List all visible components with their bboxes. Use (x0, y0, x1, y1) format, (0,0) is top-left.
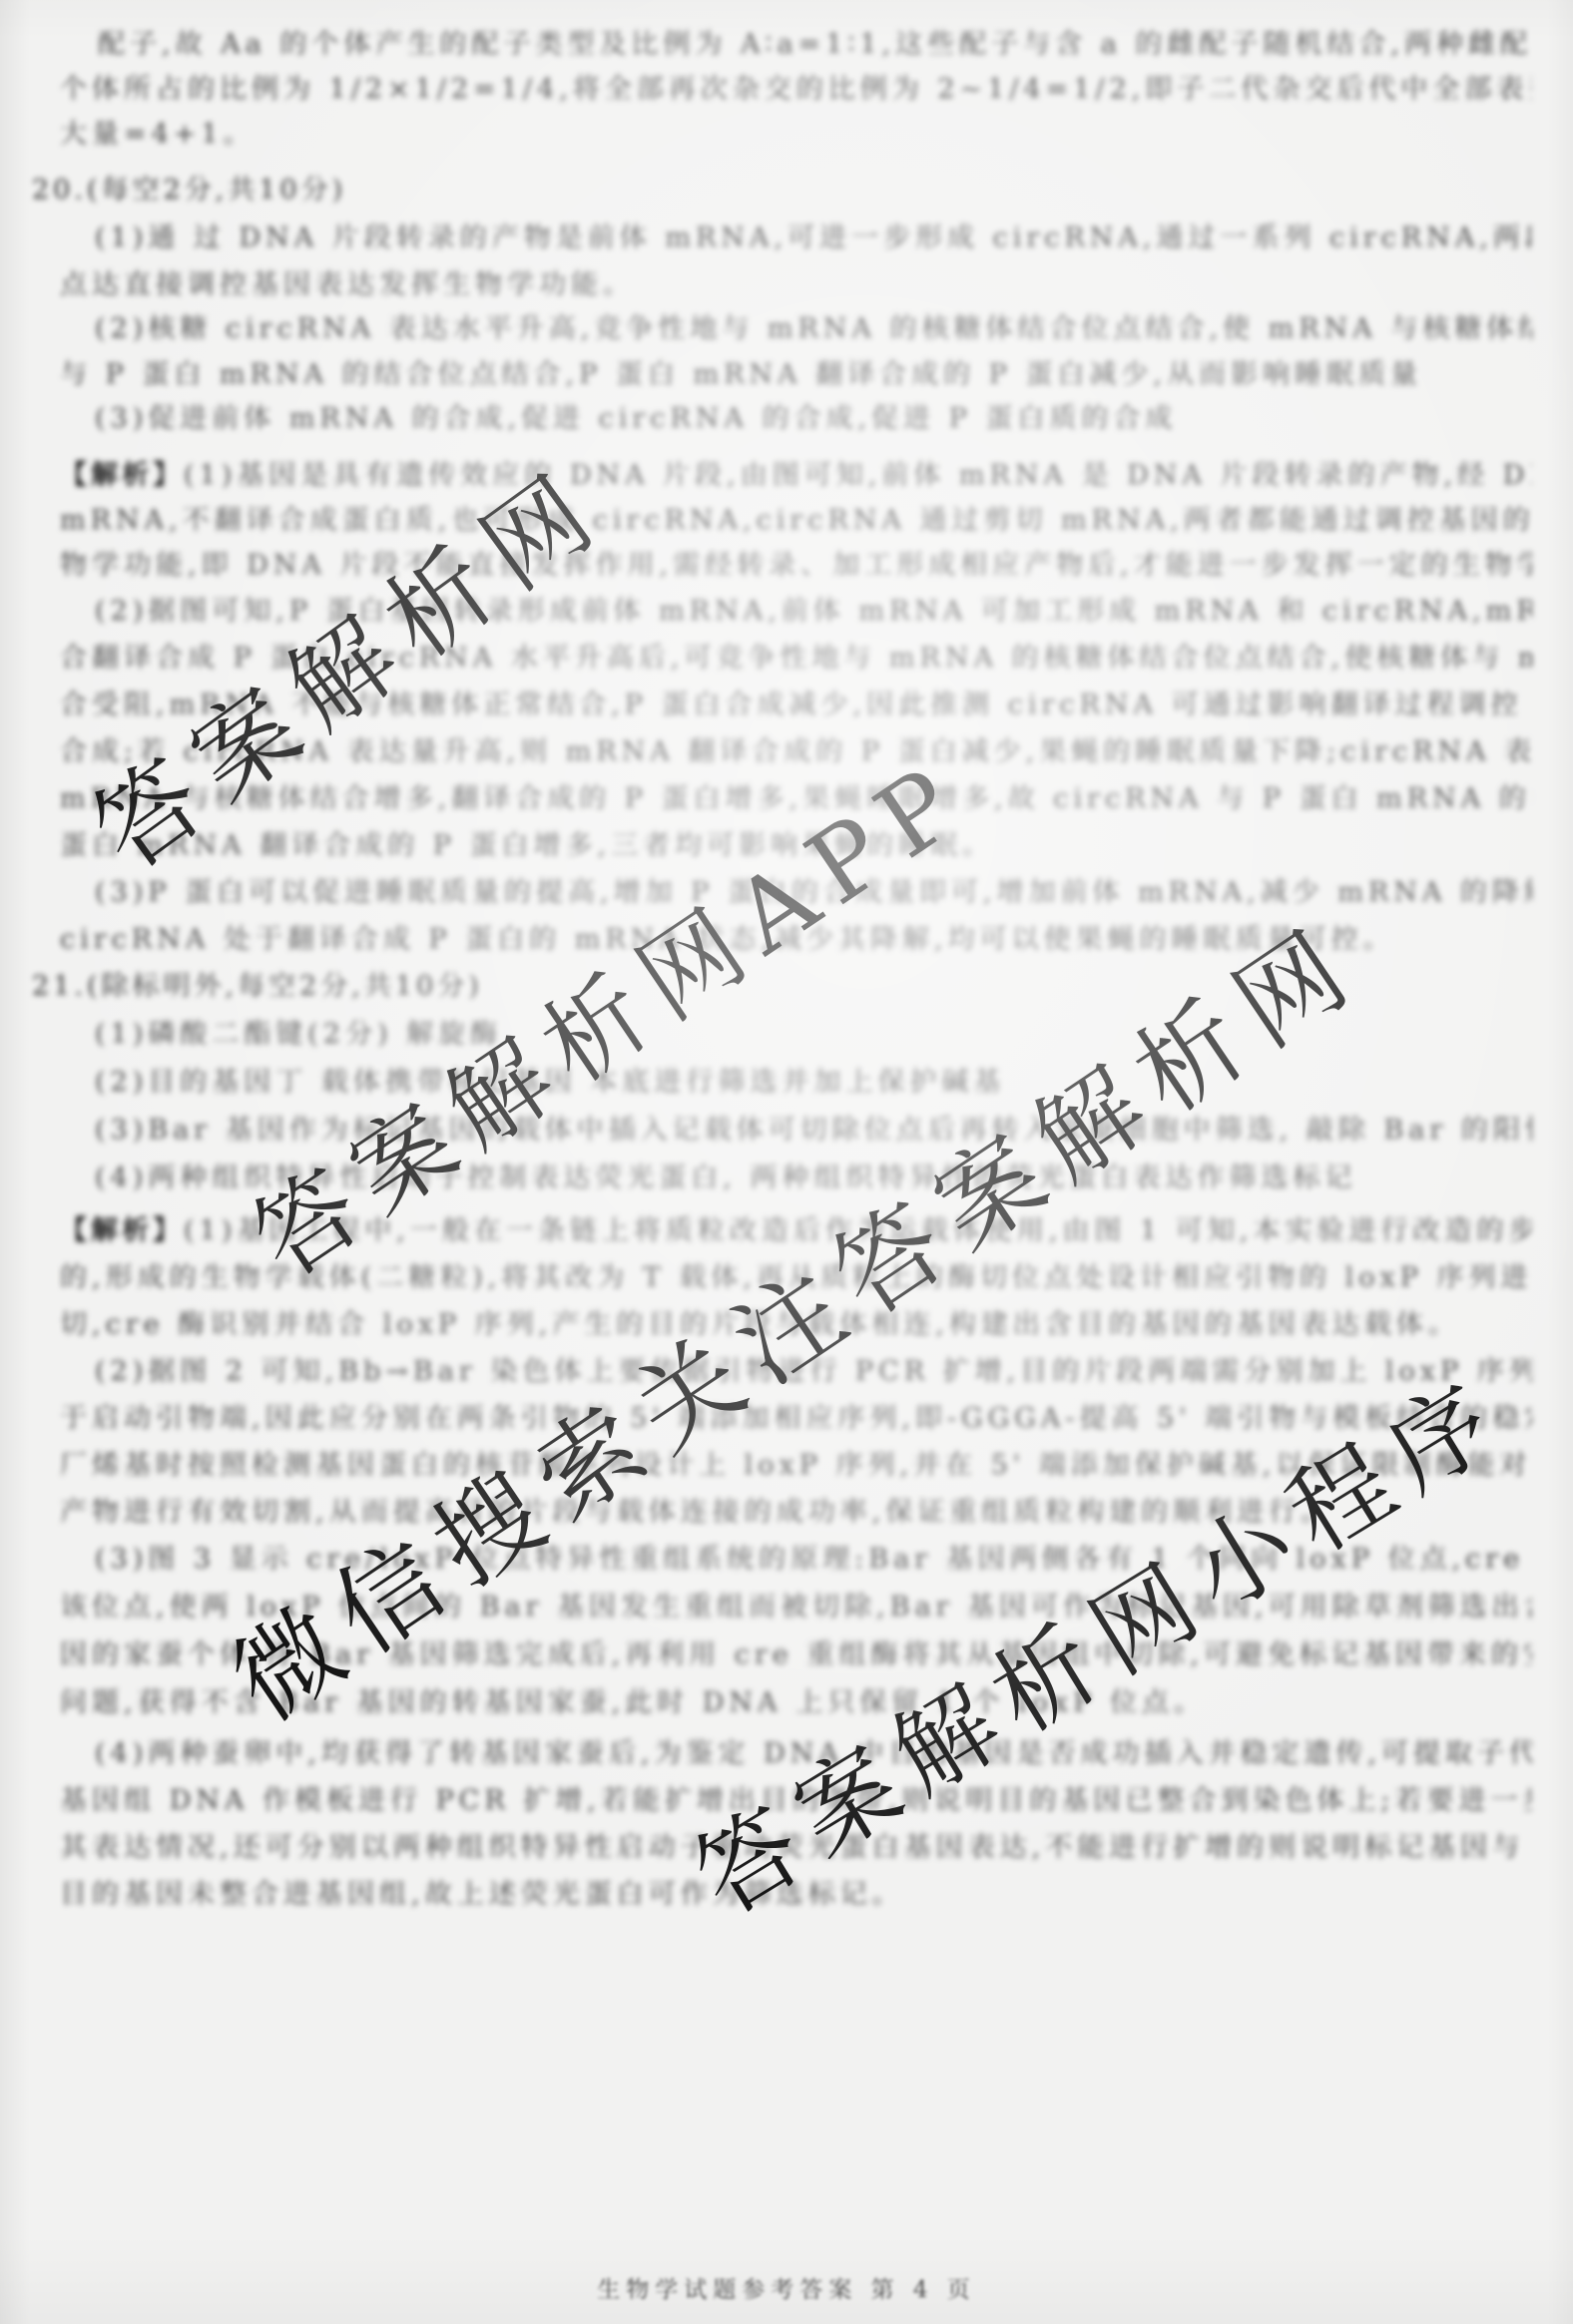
page-footer: 生物学试题参考答案 第 4 页 (597, 2271, 976, 2304)
q20-answer-3: (3)促进前体 mRNA 的合成,促进 circRNA 的合成,促进 P 蛋白质… (60, 396, 1532, 442)
text-line: 配子,故 Aa 的个体产生的配子类型及比例为 A∶a=1∶1,这些配子与含 a … (60, 22, 1532, 67)
q20-answer-2: (2)核糖 circRNA 表达水平升高,竞争性地与 mRNA 的核糖体结合位点… (60, 306, 1532, 398)
text-line: 物学功能,即 DNA 片段不能直接发挥作用,需经转录、加工形成相应产物后,才能进… (60, 543, 1532, 588)
document-body: 配子,故 Aa 的个体产生的配子类型及比例为 A∶a=1∶1,这些配子与含 a … (0, 0, 1573, 2324)
analysis-marker: 【解析】 (60, 1215, 184, 1246)
text-line: 与 P 蛋白 mRNA 的结合位点结合,P 蛋白 mRNA 翻译合成的 P 蛋白… (60, 352, 1532, 398)
text-line: (1)通 过 DNA 片段转录的产物是前体 mRNA,可进一步形成 circRN… (60, 215, 1532, 261)
text-line: 点达直接调控基因表达发挥生物学功能。 (60, 261, 1532, 308)
intro-continuation: 配子,故 Aa 的个体产生的配子类型及比例为 A∶a=1∶1,这些配子与含 a … (60, 22, 1532, 157)
q20-analysis-1: 【解析】(1)基因是具有遗传效应的 DNA 片段,由图可知,前体 mRNA 是 … (60, 453, 1532, 588)
text-line: 20.(每空2分,共10分) (32, 168, 1504, 213)
text-line: (2)核糖 circRNA 表达水平升高,竞争性地与 mRNA 的核糖体结合位点… (60, 306, 1532, 352)
q20-header: 20.(每空2分,共10分) (32, 168, 1504, 213)
text-line: (3)促进前体 mRNA 的合成,促进 circRNA 的合成,促进 P 蛋白质… (60, 396, 1532, 442)
text-line: 大量=4+1。 (60, 112, 1532, 157)
q21-answer-2: (2)目的基因丁 载体携带标记基因 本底进行筛选并加上保护碱基 (60, 1060, 1532, 1106)
analysis-marker: 【解析】 (60, 460, 184, 491)
q20-answer-1: (1)通 过 DNA 片段转录的产物是前体 mRNA,可进一步形成 circRN… (60, 215, 1532, 308)
text-line: 个体所占的比例为 1/2×1/2=1/4,将全部再次杂交的比例为 2~1/4=1… (60, 67, 1532, 112)
scanned-answer-page: { "page": { "background": "#f2f2f1", "bo… (0, 0, 1573, 2324)
text-line: (2)目的基因丁 载体携带标记基因 本底进行筛选并加上保护碱基 (60, 1060, 1532, 1106)
text-line: 【解析】(1)基因是具有遗传效应的 DNA 片段,由图可知,前体 mRNA 是 … (60, 453, 1532, 498)
text-line: mRNA,不翻译合成蛋白质,也可形成 circRNA,circRNA 通过剪切 … (60, 498, 1532, 543)
